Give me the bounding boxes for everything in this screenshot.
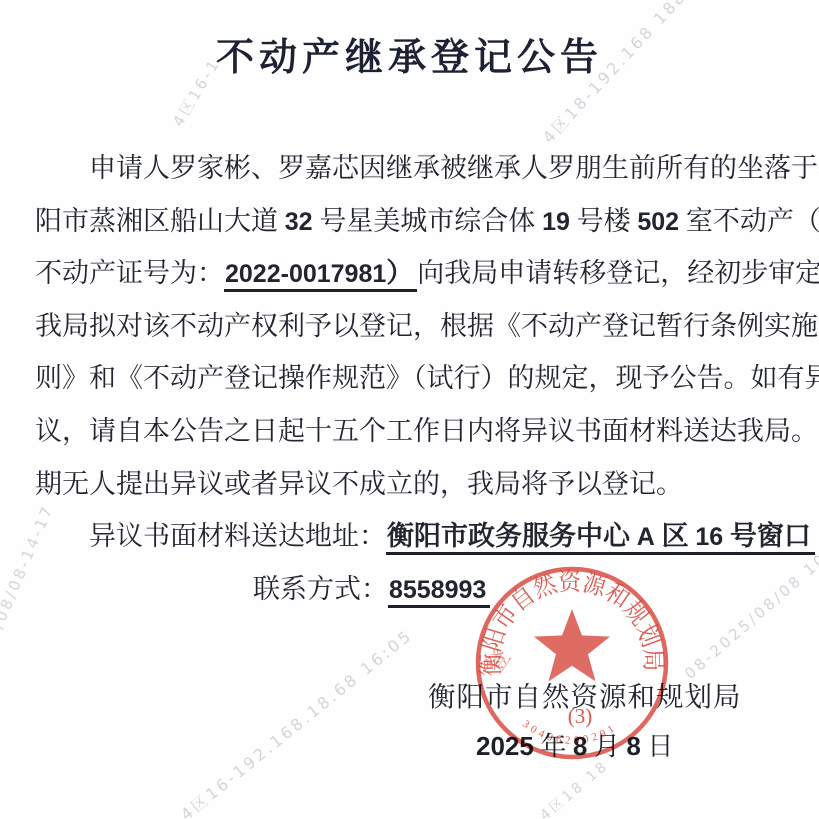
date-month: 8 — [573, 731, 587, 761]
body-text: 我局拟对该不动产权利予以登记，根据《不动产登记暂行条例实施细 — [35, 311, 819, 341]
body-text: 则》和《不动产登记操作规范》（试行）的规定，现予公告。如有异 — [35, 363, 819, 393]
room-number: 502 — [637, 208, 679, 236]
body-line: 我局拟对该不动产权利予以登记，根据《不动产登记暂行条例实施细 — [35, 300, 787, 353]
address-text: 号窗口 — [723, 521, 811, 551]
street-number: 32 — [285, 208, 313, 236]
contact-label: 联系方式： — [253, 574, 388, 604]
issuer-signature: 衡阳市自然资源和规划局 — [428, 674, 742, 714]
body-line: 则》和《不动产登记操作规范》（试行）的规定，现予公告。如有异 — [35, 352, 787, 405]
certificate-number-value: 2022-0017981 — [225, 260, 386, 288]
announcement-document: 4区16-1 4区18-192.168 188 25/08/08-14-17 4… — [0, 0, 819, 819]
closing-bracket: ） — [386, 258, 413, 288]
body-text: 室不动产（原 — [679, 206, 819, 236]
body-line: 申请人罗家彬、罗嘉芯因继承被继承人罗朋生前所有的坐落于衡 — [35, 142, 787, 195]
body-text: 不动产证号为： — [35, 258, 224, 288]
contact-line: 联系方式：8558993 — [35, 563, 787, 616]
address-text: 区 — [655, 521, 696, 551]
date-year: 2025 — [476, 731, 534, 761]
address-zone: A — [637, 523, 655, 551]
date-text: 年 — [534, 732, 573, 761]
document-body: 申请人罗家彬、罗嘉芯因继承被继承人罗朋生前所有的坐落于衡 阳市蒸湘区船山大道 3… — [35, 142, 787, 615]
body-text: 向我局申请转移登记，经初步审定， — [417, 258, 819, 288]
body-text: 号楼 — [570, 206, 638, 236]
address-window-number: 16 — [695, 523, 723, 551]
scan-watermark: 4区18 18 — [535, 755, 612, 819]
date-text: 月 — [587, 732, 626, 761]
seal-inner-char: 登 — [482, 645, 516, 678]
body-line: 议，请自本公告之日起十五个工作日内将异议书面材料送达我局。逾 — [35, 405, 787, 458]
date-text: 日 — [641, 732, 674, 761]
issue-date: 2025 年 8 月 8 日 — [476, 726, 673, 763]
building-number: 19 — [542, 208, 570, 236]
address-line: 异议书面材料送达地址：衡阳市政务服务中心 A 区 16 号窗口 — [35, 510, 787, 563]
body-text: 议，请自本公告之日起十五个工作日内将异议书面材料送达我局。逾 — [35, 416, 819, 446]
phone-number: 8558993 — [389, 576, 486, 604]
body-text: 阳市蒸湘区船山大道 — [35, 206, 285, 236]
document-title: 不动产继承登记公告 — [0, 26, 819, 81]
body-line: 阳市蒸湘区船山大道 32 号星美城市综合体 19 号楼 502 室不动产（原 — [35, 195, 787, 248]
body-line: 不动产证号为：2022-0017981）向我局申请转移登记，经初步审定， — [35, 247, 787, 300]
scan-watermark: 4区16-192.168.18.68 16:05 — [175, 623, 417, 819]
body-line: 期无人提出异议或者异议不成立的，我局将予以登记。 — [35, 458, 787, 511]
body-text: 期无人提出异议或者异议不成立的，我局将予以登记。 — [35, 469, 683, 499]
address-value: 衡阳市政务服务中心 A 区 16 号窗口 — [386, 521, 815, 555]
body-text: 申请人罗家彬、罗嘉芯因继承被继承人罗朋生前所有的坐落于衡 — [89, 153, 819, 183]
address-text: 衡阳市政务服务中心 — [387, 521, 637, 551]
contact-value: 8558993 — [388, 574, 490, 608]
certificate-number: 2022-0017981） — [224, 258, 417, 292]
seal-star-icon — [534, 609, 610, 681]
body-text: 号星美城市综合体 — [313, 206, 543, 236]
address-label: 异议书面材料送达地址： — [89, 521, 386, 551]
date-day: 8 — [626, 731, 640, 761]
